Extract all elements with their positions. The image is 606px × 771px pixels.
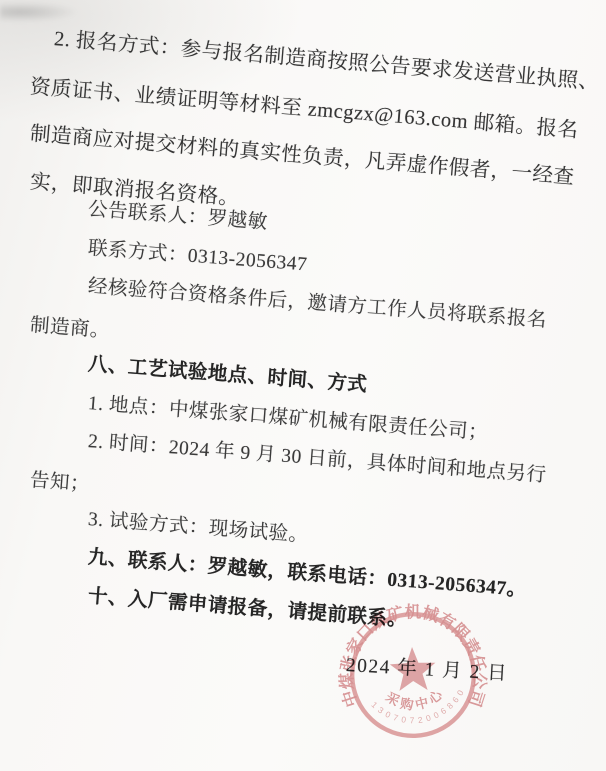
scanned-document-page: 2. 报名方式：参与报名制造商按照公告要求发送营业执照、资质证书、业绩证明等材料… <box>0 0 606 771</box>
scan-smudge <box>0 2 78 22</box>
document-line: 八、工艺试验地点、时间、方式 <box>87 354 368 396</box>
document-line: 3. 试验方式：现场试验。 <box>87 509 309 547</box>
document-line: 联系方式：0313-2056347 <box>87 238 308 275</box>
document-line: 制造商。 <box>29 315 110 342</box>
document-line: 经核验符合资格条件后，邀请方工作人员将联系报名 <box>87 276 547 331</box>
document-line: 告知； <box>29 470 90 495</box>
